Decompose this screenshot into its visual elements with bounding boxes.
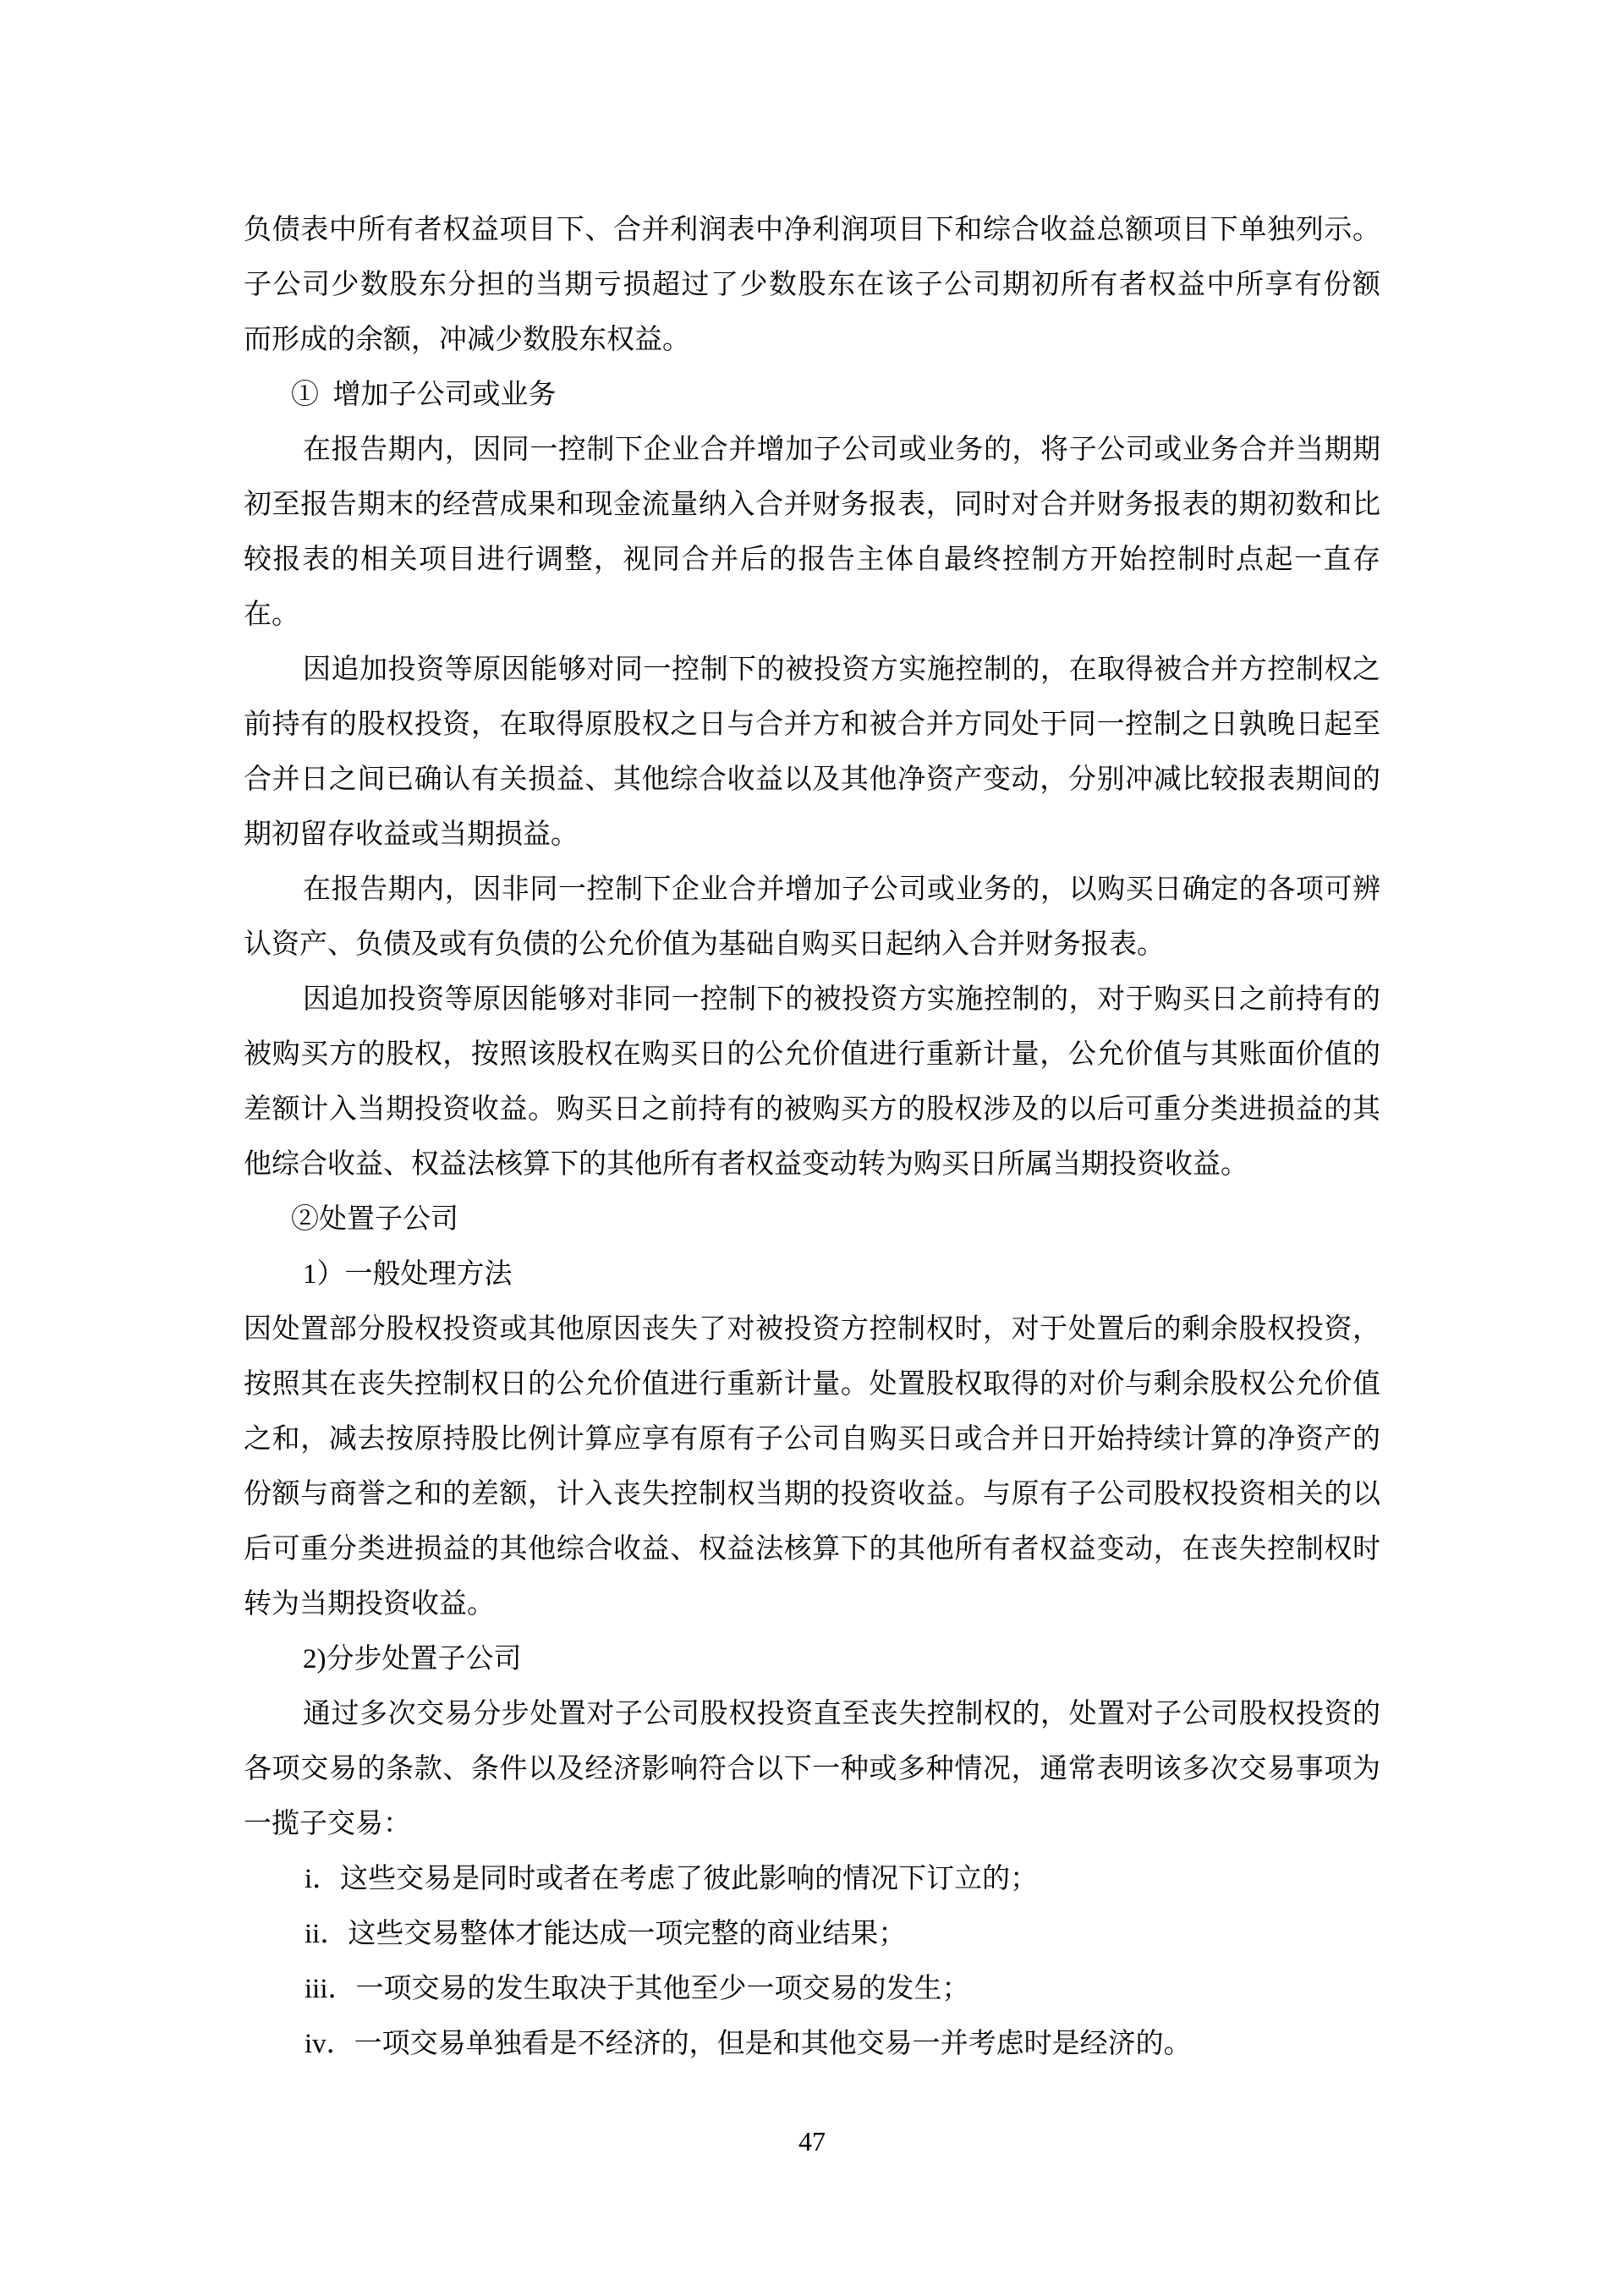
text-line: 他综合收益、权益法核算下的其他所有者权益变动转为购买日所属当期投资收益。 <box>244 1137 1380 1192</box>
text-line: 在报告期内，因非同一控制下企业合并增加子公司或业务的，以购买日确定的各项可辨 <box>244 863 1380 918</box>
text-line: 合并日之间已确认有关损益、其他综合收益以及其他净资产变动，分别冲减比较报表期间的 <box>244 753 1380 808</box>
text-line: 按照其在丧失控制权日的公允价值进行重新计量。处置股权取得的对价与剩余股权公允价值 <box>244 1357 1380 1412</box>
text-line: 期初留存收益或当期损益。 <box>244 808 1380 863</box>
text-line: 较报表的相关项目进行调整，视同合并后的报告主体自最终控制方开始控制时点起一直存 <box>244 533 1380 588</box>
text-line: 各项交易的条款、条件以及经济影响符合以下一种或多种情况，通常表明该多次交易事项为 <box>244 1742 1380 1797</box>
text-line: 之和，减去按原持股比例计算应享有原有子公司自购买日或合并日开始持续计算的净资产的 <box>244 1412 1380 1467</box>
text-line: 差额计入当期投资收益。购买日之前持有的被购买方的股权涉及的以后可重分类进损益的其 <box>244 1082 1380 1137</box>
text-line: 后可重分类进损益的其他综合收益、权益法核算下的其他所有者权益变动，在丧失控制权时 <box>244 1522 1380 1577</box>
heading-line: ① 增加子公司或业务 <box>244 368 1380 423</box>
list-item: iii．一项交易的发生取决于其他至少一项交易的发生； <box>244 1962 1380 2017</box>
document-page: 负债表中所有者权益项目下、合并利润表中净利润项目下和综合收益总额项目下单独列示。… <box>0 0 1624 2296</box>
document-body: 负债表中所有者权益项目下、合并利润表中净利润项目下和综合收益总额项目下单独列示。… <box>244 203 1380 2072</box>
text-line: 子公司少数股东分担的当期亏损超过了少数股东在该子公司期初所有者权益中所享有份额 <box>244 258 1380 313</box>
text-line: 通过多次交易分步处置对子公司股权投资直至丧失控制权的，处置对子公司股权投资的 <box>244 1687 1380 1742</box>
list-item: i．这些交易是同时或者在考虑了彼此影响的情况下订立的； <box>244 1852 1380 1907</box>
page-number: 47 <box>0 2124 1624 2158</box>
text-line: 而形成的余额，冲减少数股东权益。 <box>244 313 1380 368</box>
text-line: 认资产、负债及或有负债的公允价值为基础自购买日起纳入合并财务报表。 <box>244 918 1380 973</box>
text-line: 因处置部分股权投资或其他原因丧失了对被投资方控制权时，对于处置后的剩余股权投资， <box>244 1302 1380 1357</box>
text-line: 份额与商誉之和的差额，计入丧失控制权当期的投资收益。与原有子公司股权投资相关的以 <box>244 1467 1380 1522</box>
heading-line: ②处置子公司 <box>244 1192 1380 1247</box>
heading-line: 1）一般处理方法 <box>244 1247 1380 1302</box>
text-line: 转为当期投资收益。 <box>244 1577 1380 1632</box>
text-line: 初至报告期末的经营成果和现金流量纳入合并财务报表，同时对合并财务报表的期初数和比 <box>244 478 1380 533</box>
text-line: 被购买方的股权，按照该股权在购买日的公允价值进行重新计量，公允价值与其账面价值的 <box>244 1027 1380 1082</box>
text-line: 一揽子交易： <box>244 1797 1380 1852</box>
text-line: 在。 <box>244 588 1380 643</box>
list-item: ii．这些交易整体才能达成一项完整的商业结果； <box>244 1907 1380 1962</box>
list-item: iv．一项交易单独看是不经济的，但是和其他交易一并考虑时是经济的。 <box>244 2017 1380 2072</box>
heading-line: 2)分步处置子公司 <box>244 1632 1380 1687</box>
text-line: 在报告期内，因同一控制下企业合并增加子公司或业务的，将子公司或业务合并当期期 <box>244 423 1380 478</box>
text-line: 因追加投资等原因能够对同一控制下的被投资方实施控制的，在取得被合并方控制权之 <box>244 643 1380 698</box>
text-line: 前持有的股权投资，在取得原股权之日与合并方和被合并方同处于同一控制之日孰晚日起至 <box>244 698 1380 753</box>
text-line: 负债表中所有者权益项目下、合并利润表中净利润项目下和综合收益总额项目下单独列示。 <box>244 203 1380 258</box>
text-line: 因追加投资等原因能够对非同一控制下的被投资方实施控制的，对于购买日之前持有的 <box>244 973 1380 1027</box>
